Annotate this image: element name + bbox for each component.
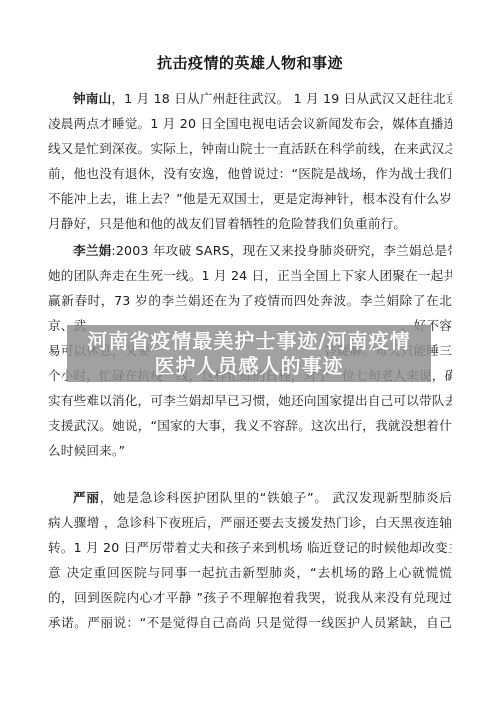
hero-name: 李兰娟 [73,243,111,258]
paragraph-line: 不能冲上去，谁上去？”他是无双国士，更是定海神针，根本没有什么岁 [48,186,452,211]
paragraph-line: 李兰娟:2003 年攻破 SARS，现在又来投身肺炎研究，李兰娟总是带着 [48,238,452,263]
paragraph-zhong-nanshan: 钟南山，1 月 18 日从广州赶往武汉。 1 月 19 日从武汉又赶往北京。 凌… [48,86,452,236]
paragraph-line: 支援武汉。她说，“国家的大事，我义不容辞。这次出行，我就没想着什 [48,413,452,438]
paragraph-line: 前，他也没有退休，没有安逸，他曾说过：“医院是战场，作为战士我们 [48,161,452,186]
paragraph-line: 严丽，她是急诊科医护团队里的“铁娘子”。 武汉发现新型肺炎后 [48,485,452,510]
paragraph-line: 她的团队奔走在生死一线。1 月 24 日，正当全国上下家人团聚在一起共 [48,263,452,288]
paragraph-line: 么时候回来。” [48,438,452,463]
paragraph-line: 凌晨两点才睡觉。1 月 20 日全国电视电话会议新闻发布会，媒体直播连 [48,111,452,136]
hero-name: 严丽 [73,490,100,505]
paragraph-line: 承诺。严丽说：“不是觉得自己高尚 只是觉得一线医护人员紧缺，自己 [48,610,452,635]
paragraph-line: 赢新春时，73 岁的李兰娟还在为了疫情而四处奔波。李兰娟除了在北 [48,288,452,313]
hero-name: 钟南山 [73,91,111,106]
banner-title-line-1: 河南省疫情最美护士事迹/河南疫情 [87,329,410,354]
document-page: 抗击疫情的英雄人物和事迹 钟南山，1 月 18 日从广州赶往武汉。 1 月 19… [0,0,500,706]
paragraph-line: 钟南山，1 月 18 日从广州赶往武汉。 1 月 19 日从武汉又赶往北京。 [48,86,452,111]
paragraph-line: 意 决定重回医院与同事一起抗击新型肺炎，“去机场的路上心就慌慌 [48,560,452,585]
document-title: 抗击疫情的英雄人物和事迹 [0,52,500,73]
paragraph-line: 的，回到医院内心才平静 ”孩子不理解抱着我哭，说我从来没有兑现过 [48,585,452,610]
paragraph-line: 病人骤增 ，急诊科下夜班后，严丽还要去支援发热门诊，白天黑夜连轴 [48,510,452,535]
banner-title-line-2: 医护人员感人的事迹 [155,354,344,379]
paragraph-yan-li: 严丽，她是急诊科医护团队里的“铁娘子”。 武汉发现新型肺炎后 病人骤增 ，急诊科… [48,485,452,635]
paragraph-line: 转。1 月 20 日严厉带着丈夫和孩子来到机场 临近登记的时候他却改变主 [48,535,452,560]
paragraph-line: 实有些难以消化，可李兰娟却早已习惯，她还向国家提出自己可以带队去 [48,388,452,413]
caption-overlay-banner: 河南省疫情最美护士事迹/河南疫情 医护人员感人的事迹 [67,325,431,382]
paragraph-line: 月静好，只是他和他的战友们冒着牺牲的危险替我们负重前行。 [48,211,452,236]
paragraph-line: 线又是忙到深夜。实际上，钟南山院士一直活跃在科学前线，在来武汉之 [48,136,452,161]
